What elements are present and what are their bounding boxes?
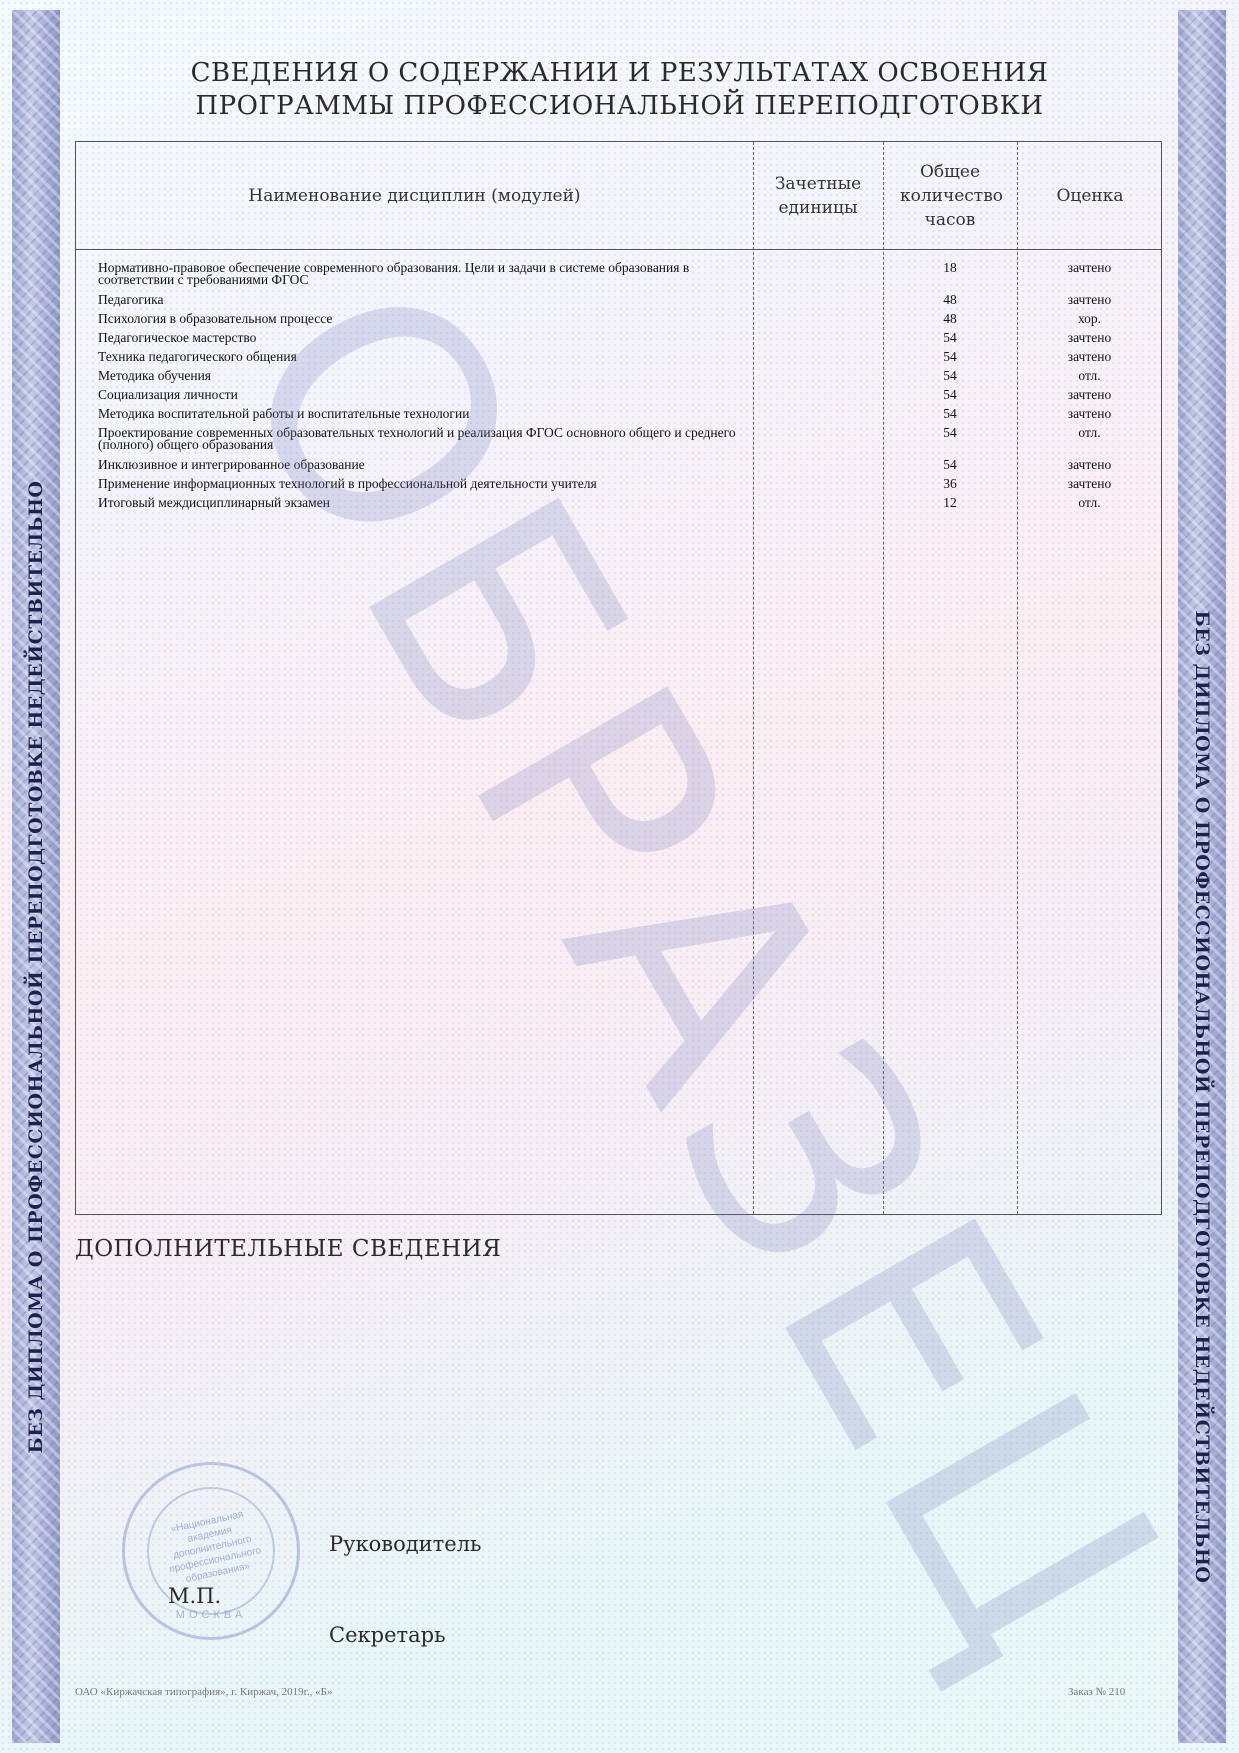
stamp-place-label: М.П. (168, 1584, 221, 1608)
secretary-signature-label: Секретарь (329, 1623, 446, 1647)
discipline-grade: зачтено (1017, 389, 1162, 401)
order-number: Заказ № 210 (1068, 1686, 1125, 1698)
document-title-line-1: СВЕДЕНИЯ О СОДЕРЖАНИИ И РЕЗУЛЬТАТАХ ОСВО… (0, 56, 1239, 90)
right-security-border: БЕЗ ДИПЛОМА О ПРОФЕССИОНАЛЬНОЙ ПЕРЕПОДГО… (1178, 10, 1226, 1743)
discipline-hours: 18 (883, 262, 1017, 274)
discipline-hours: 36 (883, 478, 1017, 490)
discipline-hours: 54 (883, 370, 1017, 382)
discipline-grade: зачтено (1017, 332, 1162, 344)
header-discipline-name-text: Наименование дисциплин (модулей) (248, 184, 580, 208)
discipline-name: Педагогика (98, 294, 758, 306)
discipline-name: Проектирование современных образовательн… (98, 427, 758, 451)
discipline-hours: 48 (883, 313, 1017, 325)
discipline-name: Техника педагогического общения (98, 351, 758, 363)
discipline-name: Применение информационных технологий в п… (98, 478, 758, 490)
discipline-grade: зачтено (1017, 408, 1162, 420)
discipline-hours: 54 (883, 389, 1017, 401)
discipline-grade: зачтено (1017, 351, 1162, 363)
discipline-grade: отл. (1017, 427, 1162, 439)
official-stamp: «Национальная академия дополнительного п… (122, 1462, 300, 1640)
discipline-grade: отл. (1017, 497, 1162, 509)
discipline-hours: 54 (883, 427, 1017, 439)
document-title-line-2: ПРОГРАММЫ ПРОФЕССИОНАЛЬНОЙ ПЕРЕПОДГОТОВК… (0, 89, 1239, 123)
discipline-grade: зачтено (1017, 478, 1162, 490)
discipline-name: Психология в образовательном процессе (98, 313, 758, 325)
discipline-name: Инклюзивное и интегрированное образовани… (98, 459, 758, 471)
stamp-inner-text: «Национальная академия дополнительного п… (159, 1506, 265, 1589)
left-border-text: БЕЗ ДИПЛОМА О ПРОФЕССИОНАЛЬНОЙ ПЕРЕПОДГО… (25, 480, 47, 1453)
header-discipline-name: Наименование дисциплин (модулей) (76, 142, 753, 249)
discipline-name: Методика обучения (98, 370, 758, 382)
discipline-hours: 48 (883, 294, 1017, 306)
discipline-hours: 54 (883, 459, 1017, 471)
discipline-grade: зачтено (1017, 262, 1162, 274)
discipline-hours: 54 (883, 408, 1017, 420)
additional-info-heading: ДОПОЛНИТЕЛЬНЫЕ СВЕДЕНИЯ (75, 1236, 501, 1262)
discipline-name: Нормативно-правовое обеспечение современ… (98, 262, 758, 286)
discipline-grade: отл. (1017, 370, 1162, 382)
header-credits-text: Зачетные единицы (773, 172, 863, 220)
header-grade-text: Оценка (1056, 184, 1123, 208)
discipline-grade: зачтено (1017, 294, 1162, 306)
header-hours-text: Общее количество часов (900, 160, 1000, 232)
discipline-name: Социализация личности (98, 389, 758, 401)
discipline-name: Методика воспитательной работы и воспита… (98, 408, 758, 420)
header-credits: Зачетные единицы (753, 142, 883, 249)
discipline-grade: зачтено (1017, 459, 1162, 471)
discipline-hours: 54 (883, 332, 1017, 344)
discipline-grade: хор. (1017, 313, 1162, 325)
head-signature-label: Руководитель (329, 1532, 481, 1556)
header-divider (76, 249, 1161, 250)
left-security-border: БЕЗ ДИПЛОМА О ПРОФЕССИОНАЛЬНОЙ ПЕРЕПОДГО… (12, 10, 60, 1743)
header-grade: Оценка (1017, 142, 1163, 249)
discipline-hours: 54 (883, 351, 1017, 363)
discipline-hours: 12 (883, 497, 1017, 509)
printer-imprint: ОАО «Киржачская типография», г. Киржач, … (75, 1686, 333, 1698)
header-hours: Общее количество часов (883, 142, 1017, 249)
right-border-text: БЕЗ ДИПЛОМА О ПРОФЕССИОНАЛЬНОЙ ПЕРЕПОДГО… (1191, 610, 1213, 1583)
stamp-city: МОСКВА (125, 1609, 297, 1621)
discipline-name: Итоговый междисциплинарный экзамен (98, 497, 758, 509)
discipline-name: Педагогическое мастерство (98, 332, 758, 344)
